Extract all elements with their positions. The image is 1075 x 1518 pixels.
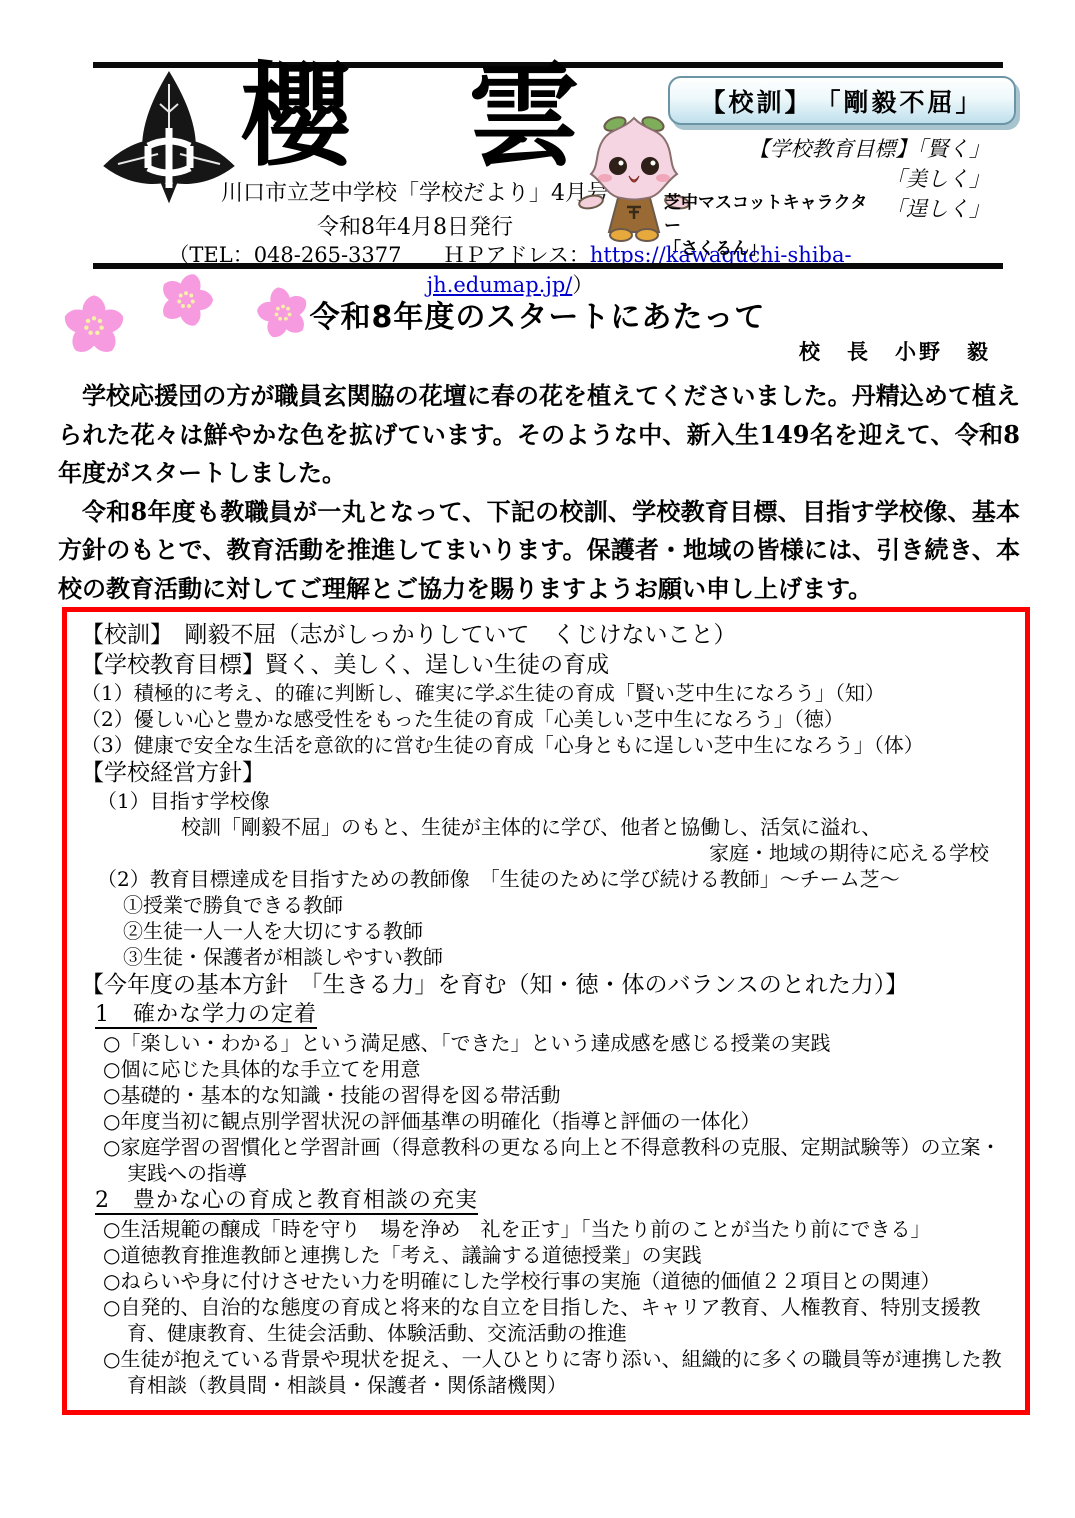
teacher-item: ②生徒一人一人を大切にする教師: [81, 918, 1013, 944]
policy-management-heading: 【学校経営方針】: [81, 758, 1013, 788]
article-title: 令和8年度のスタートにあたって: [0, 292, 1075, 336]
article-body: 学校応援団の方が職員玄関脇の花壇に春の花を植えてくださいました。丹精込めて植えら…: [58, 377, 1020, 608]
section1-item: ○基礎的・基本的な知識・技能の習得を図る帯活動: [81, 1082, 1013, 1108]
article-paragraph-2: 令和8年度も教職員が一丸となって、下記の校訓、学校教育目標、目指す学校像、基本方…: [58, 493, 1020, 609]
teacher-items-list: ①授業で勝負できる教師②生徒一人一人を大切にする教師③生徒・保護者が相談しやすい…: [81, 892, 1013, 970]
policy-motto-line: 【校訓】 剛毅不屈（志がしっかりしていて くじけないこと）: [81, 620, 1013, 650]
section2-item: ○ねらいや身に付けさせたい力を明確にした学校行事の実施（道徳的価値２２項目との関…: [81, 1268, 1013, 1294]
teacher-label: （2）教育目標達成を目指すための教師像 「生徒のために学び続ける教師」～チーム芝…: [81, 866, 1013, 892]
title-char-ou: 櫻: [240, 58, 352, 176]
section1-items-list: ○「楽しい・わかる」という満足感、「できた」という達成感を感じる授業の実践○個に…: [81, 1030, 1013, 1186]
section1-title: 1 確かな学力の定着: [81, 1000, 1013, 1030]
header-bottom-rule: [93, 263, 1003, 269]
mascot-caption-line-1: 芝中マスコットキャラクター: [664, 192, 884, 238]
policy-edu-goal-heading: 【学校教育目標】賢く、美しく、逞しい生徒の育成: [81, 650, 1013, 680]
section2-item: ○道徳教育推進教師と連携した「考え、議論する道徳授業」の実践: [81, 1242, 1013, 1268]
section2-item: ○自発的、自治的な態度の育成と将来的な自立を目指した、キャリア教育、人権教育、特…: [81, 1294, 1013, 1346]
policy-edu-goals-list: （1）積極的に考え、的確に判断し、確実に学ぶ生徒の育成「賢い芝中生になろう」（知…: [81, 680, 1013, 758]
section2-title: 2 豊かな心の育成と教育相談の充実: [81, 1186, 1013, 1216]
edu-goal-item: （3）健康で安全な生活を意欲的に営む生徒の育成「心身ともに逞しい芝中生になろう」…: [81, 732, 1013, 758]
section2-title-text: 2 豊かな心の育成と教育相談の充実: [95, 1188, 478, 1215]
article-paragraph-1: 学校応援団の方が職員玄関脇の花壇に春の花を植えてくださいました。丹精込めて植えら…: [58, 377, 1020, 493]
issue-date-line: 令和8年4月8日発行: [200, 210, 630, 241]
edu-goal-item: （1）積極的に考え、的確に判断し、確実に学ぶ生徒の育成「賢い芝中生になろう」（知…: [81, 680, 1013, 706]
section2-items-list: ○生活規範の醸成「時を守り 場を浄め 礼を正す」「当たり前のことが当たり前にでき…: [81, 1216, 1013, 1398]
newsletter-kanji-title: 櫻 雲: [240, 58, 580, 176]
section2-item: ○生徒が抱えている背景や現状を捉え、一人ひとりに寄り添い、組織的に多くの職員等が…: [81, 1346, 1013, 1398]
section1-item: ○個に応じた具体的な手立てを用意: [81, 1056, 1013, 1082]
section2-item: ○生活規範の醸成「時を守り 場を浄め 礼を正す」「当たり前のことが当たり前にでき…: [81, 1216, 1013, 1242]
newsletter-page: 櫻 雲 川口市立芝中学校「学校だより」4月号 令和8年4月8日発行 （TEL：0…: [0, 0, 1075, 1518]
section1-item: ○家庭学習の習慣化と学習計画（得意教科の更なる向上と不得意教科の克服、定期試験等…: [81, 1134, 1013, 1186]
section1-title-text: 1 確かな学力の定着: [95, 1002, 317, 1029]
policy-box: 【校訓】 剛毅不屈（志がしっかりしていて くじけないこと） 【学校教育目標】賢く…: [62, 607, 1030, 1415]
vision-label: （1）目指す学校像: [81, 788, 1013, 814]
policy-basic-heading: 【今年度の基本方針 「生きる力」を育む（知・徳・体のバランスのとれた力）】: [81, 970, 1013, 1000]
teacher-item: ①授業で勝負できる教師: [81, 892, 1013, 918]
mascot-caption-line-2: 「さくるん」: [664, 238, 884, 261]
education-goal-line-1: 【学校教育目標】「賢く」: [690, 134, 990, 164]
teacher-item: ③生徒・保護者が相談しやすい教師: [81, 944, 1013, 970]
school-motto-badge: 【校訓】 「剛毅不屈」: [668, 76, 1016, 125]
section1-item: ○年度当初に観点別学習状況の評価基準の明確化（指導と評価の一体化）: [81, 1108, 1013, 1134]
education-goal-line-2: 「美しく」: [690, 164, 990, 194]
title-char-un: 雲: [468, 58, 580, 176]
vision-line-2: 家庭・地域の期待に応える学校: [81, 840, 1013, 866]
edu-goal-item: （2）優しい心と豊かな感受性をもった生徒の育成「心美しい芝中生になろう」（徳）: [81, 706, 1013, 732]
school-name-line: 川口市立芝中学校「学校だより」4月号: [200, 176, 630, 207]
principal-name: 校 長 小野 毅: [799, 336, 991, 366]
vision-line-1: 校訓「剛毅不屈」のもと、生徒が主体的に学び、他者と協働し、活気に溢れ、: [81, 814, 1013, 840]
section1-item: ○「楽しい・わかる」という満足感、「できた」という達成感を感じる授業の実践: [81, 1030, 1013, 1056]
mascot-caption: 芝中マスコットキャラクター 「さくるん」: [664, 192, 884, 261]
